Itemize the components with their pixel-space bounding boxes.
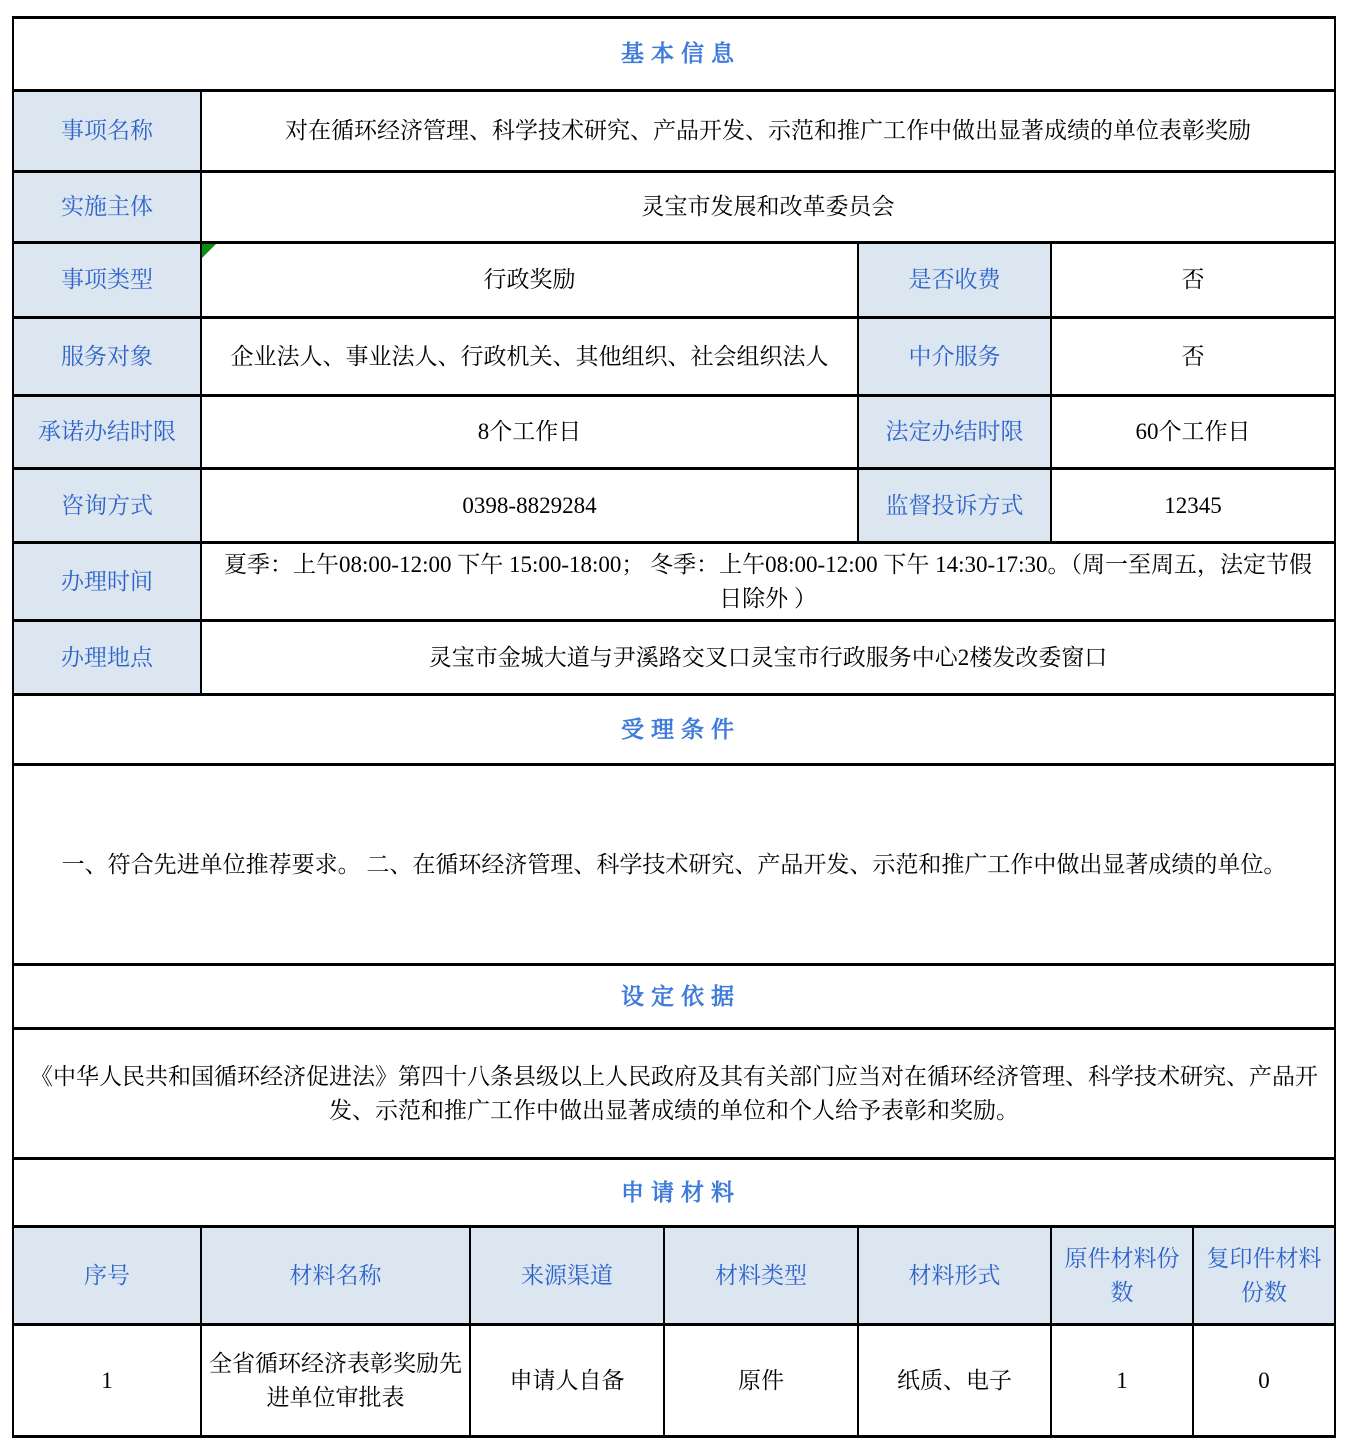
materials-header-original-count: 原件材料份数 <box>1051 1227 1193 1325</box>
material-type: 原件 <box>664 1325 858 1437</box>
value-service-location: 灵宝市金城大道与尹溪路交叉口灵宝市行政服务中心2楼发改委窗口 <box>201 621 1335 695</box>
label-service-target: 服务对象 <box>13 318 201 396</box>
basis-content-text: 《中华人民共和国循环经济促进法》第四十八条县级以上人民政府及其有关部门应当对在循… <box>13 1029 1335 1159</box>
value-promised-time-limit: 8个工作日 <box>201 396 858 469</box>
value-service-target: 企业法人、事业法人、行政机关、其他组织、社会组织法人 <box>201 318 858 396</box>
label-implementing-body: 实施主体 <box>13 172 201 243</box>
material-name: 全省循环经济表彰奖励先进单位审批表 <box>201 1325 470 1437</box>
section-row-basic-info: 基本信息 <box>13 18 1335 91</box>
material-form: 纸质、电子 <box>858 1325 1051 1437</box>
row-service-location: 办理地点 灵宝市金城大道与尹溪路交叉口灵宝市行政服务中心2楼发改委窗口 <box>13 621 1335 695</box>
row-basis-content: 《中华人民共和国循环经济促进法》第四十八条县级以上人民政府及其有关部门应当对在循… <box>13 1029 1335 1159</box>
section-title-materials: 申请材料 <box>13 1159 1335 1227</box>
value-item-name: 对在循环经济管理、科学技术研究、产品开发、示范和推广工作中做出显著成绩的单位表彰… <box>201 91 1335 172</box>
section-title-basic-info: 基本信息 <box>13 18 1335 91</box>
row-contacts: 咨询方式 0398-8829284 监督投诉方式 12345 <box>13 469 1335 543</box>
value-item-type: 行政奖励 <box>201 243 858 318</box>
row-item-name: 事项名称 对在循环经济管理、科学技术研究、产品开发、示范和推广工作中做出显著成绩… <box>13 91 1335 172</box>
material-original-count: 1 <box>1051 1325 1193 1437</box>
value-consultation-contact: 0398-8829284 <box>201 469 858 543</box>
page: 基本信息 事项名称 对在循环经济管理、科学技术研究、产品开发、示范和推广工作中做… <box>0 0 1350 1442</box>
row-acceptance-content: 一、符合先进单位推荐要求。 二、在循环经济管理、科学技术研究、产品开发、示范和推… <box>13 765 1335 965</box>
label-service-location: 办理地点 <box>13 621 201 695</box>
label-fee-required: 是否收费 <box>858 243 1051 318</box>
section-row-materials: 申请材料 <box>13 1159 1335 1227</box>
value-item-type-text: 行政奖励 <box>484 267 576 292</box>
materials-header-row: 序号 材料名称 来源渠道 材料类型 材料形式 原件材料份数 复印件材料份数 <box>13 1227 1335 1325</box>
section-title-basis: 设定依据 <box>13 965 1335 1029</box>
row-service-hours: 办理时间 夏季：上午08:00-12:00 下午 15:00-18:00； 冬季… <box>13 543 1335 621</box>
materials-header-name: 材料名称 <box>201 1227 470 1325</box>
materials-header-sequence: 序号 <box>13 1227 201 1325</box>
material-copy-count: 0 <box>1193 1325 1335 1437</box>
section-row-basis: 设定依据 <box>13 965 1335 1029</box>
value-fee-required: 否 <box>1051 243 1335 318</box>
materials-header-copy-count: 复印件材料份数 <box>1193 1227 1335 1325</box>
row-item-type: 事项类型 行政奖励 是否收费 否 <box>13 243 1335 318</box>
service-info-table: 基本信息 事项名称 对在循环经济管理、科学技术研究、产品开发、示范和推广工作中做… <box>12 16 1336 1438</box>
label-service-hours: 办理时间 <box>13 543 201 621</box>
label-item-name: 事项名称 <box>13 91 201 172</box>
label-item-type: 事项类型 <box>13 243 201 318</box>
label-promised-time-limit: 承诺办结时限 <box>13 396 201 469</box>
materials-data-row: 1 全省循环经济表彰奖励先进单位审批表 申请人自备 原件 纸质、电子 1 0 <box>13 1325 1335 1437</box>
row-implementing-body: 实施主体 灵宝市发展和改革委员会 <box>13 172 1335 243</box>
label-consultation-contact: 咨询方式 <box>13 469 201 543</box>
value-statutory-time-limit: 60个工作日 <box>1051 396 1335 469</box>
acceptance-content-text: 一、符合先进单位推荐要求。 二、在循环经济管理、科学技术研究、产品开发、示范和推… <box>13 765 1335 965</box>
material-source: 申请人自备 <box>470 1325 664 1437</box>
label-intermediary-service: 中介服务 <box>858 318 1051 396</box>
row-service-target: 服务对象 企业法人、事业法人、行政机关、其他组织、社会组织法人 中介服务 否 <box>13 318 1335 396</box>
green-corner-note-icon <box>202 244 216 258</box>
label-complaint-contact: 监督投诉方式 <box>858 469 1051 543</box>
label-statutory-time-limit: 法定办结时限 <box>858 396 1051 469</box>
row-time-limits: 承诺办结时限 8个工作日 法定办结时限 60个工作日 <box>13 396 1335 469</box>
material-sequence: 1 <box>13 1325 201 1437</box>
section-row-acceptance: 受理条件 <box>13 695 1335 765</box>
materials-header-form: 材料形式 <box>858 1227 1051 1325</box>
value-service-hours: 夏季：上午08:00-12:00 下午 15:00-18:00； 冬季：上午08… <box>201 543 1335 621</box>
value-complaint-contact: 12345 <box>1051 469 1335 543</box>
section-title-acceptance: 受理条件 <box>13 695 1335 765</box>
materials-header-type: 材料类型 <box>664 1227 858 1325</box>
value-implementing-body: 灵宝市发展和改革委员会 <box>201 172 1335 243</box>
value-intermediary-service: 否 <box>1051 318 1335 396</box>
materials-header-source: 来源渠道 <box>470 1227 664 1325</box>
